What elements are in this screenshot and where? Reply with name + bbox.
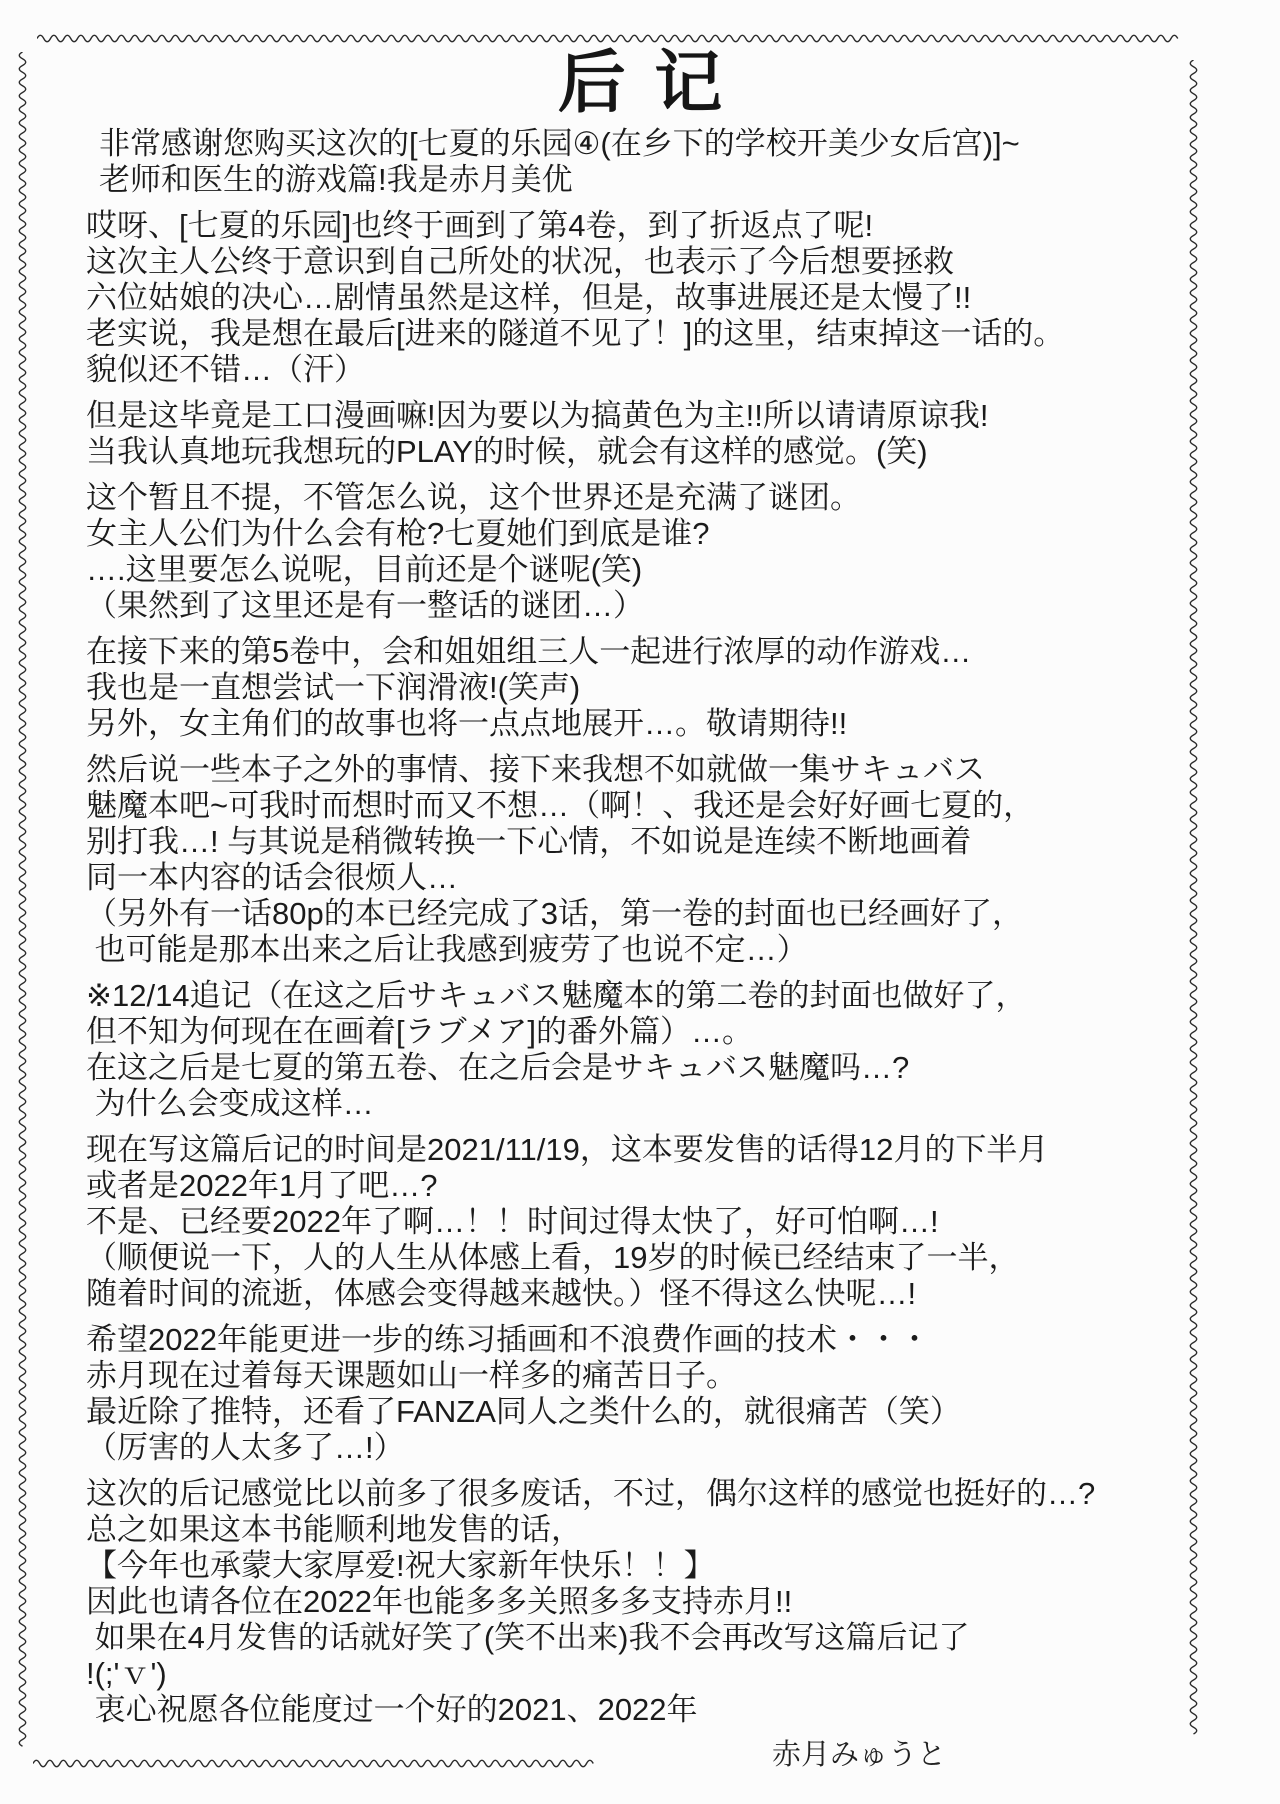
afterword-line: 衷心祝愿各位能度过一个好的2021、2022年 xyxy=(86,1692,1198,1728)
afterword-line: 六位姑娘的决心…剧情虽然是这样，但是，故事进展还是太慢了!! xyxy=(86,280,1198,316)
afterword-line: 如果在4月发售的话就好笑了(笑不出来)我不会再改写这篇后记了 xyxy=(86,1620,1198,1656)
afterword-line: 现在写这篇后记的时间是2021/11/19，这本要发售的话得12月的下半月 xyxy=(86,1132,1198,1168)
afterword-line: 老师和医生的游戏篇!我是赤月美优 xyxy=(99,162,1198,198)
afterword-line: 然后说一些本子之外的事情、接下来我想不如就做一集サキュバス xyxy=(86,752,1198,788)
bottom-wavy-border xyxy=(33,1759,598,1768)
afterword-line: 或者是2022年1月了吧…? xyxy=(86,1168,1198,1204)
paragraph: 非常感谢您购买这次的[七夏的乐园④(在乡下的学校开美少女后宫)]~老师和医生的游… xyxy=(99,126,1198,198)
afterword-line: 为什么会变成这样… xyxy=(86,1086,1198,1122)
paragraph: 但是这毕竟是工口漫画嘛!因为要以为搞黄色为主!!所以请请原谅我!当我认真地玩我想… xyxy=(86,398,1198,470)
afterword-line: ※12/14追记（在这之后サキュバス魅魔本的第二卷的封面也做好了， xyxy=(86,978,1198,1014)
afterword-line: 但不知为何现在在画着[ラブメア]的番外篇）…。 xyxy=(86,1014,1198,1050)
afterword-line: 最近除了推特，还看了FANZA同人之类什么的，就很痛苦（笑） xyxy=(86,1394,1198,1430)
top-wavy-border xyxy=(37,34,1179,43)
afterword-line: （厉害的人太多了…!） xyxy=(86,1430,1198,1466)
afterword-line: （顺便说一下，人的人生从体感上看，19岁的时候已经结束了一半， xyxy=(86,1240,1198,1276)
afterword-line: 当我认真地玩我想玩的PLAY的时候，就会有这样的感觉。(笑) xyxy=(86,434,1198,470)
afterword-line: 哎呀、[七夏的乐园]也终于画到了第4卷，到了折返点了呢! xyxy=(86,208,1198,244)
paragraph: ※12/14追记（在这之后サキュバス魅魔本的第二卷的封面也做好了，但不知为何现在… xyxy=(86,978,1198,1122)
paragraph: 现在写这篇后记的时间是2021/11/19，这本要发售的话得12月的下半月或者是… xyxy=(86,1132,1198,1312)
afterword-line: 在这之后是七夏的第五卷、在之后会是サキュバス魅魔吗…? xyxy=(86,1050,1198,1086)
afterword-line: （果然到了这里还是有一整话的谜团…） xyxy=(86,588,1198,624)
afterword-line: 老实说，我是想在最后[进来的隧道不见了！]的这里，结束掉这一话的。 xyxy=(86,316,1198,352)
afterword-line: 因此也请各位在2022年也能多多关照多多支持赤月!! xyxy=(86,1584,1198,1620)
afterword-line: 魅魔本吧~可我时而想时而又不想…（啊！、我还是会好好画七夏的， xyxy=(86,788,1198,824)
afterword-line: 总之如果这本书能顺利地发售的话， xyxy=(86,1512,1198,1548)
paragraph: 希望2022年能更进一步的练习插画和不浪费作画的技术・・・赤月现在过着每天课题如… xyxy=(86,1322,1198,1466)
afterword-line: 随着时间的流逝，体感会变得越来越快。）怪不得这么快呢…! xyxy=(86,1276,1198,1312)
afterword-line: 也可能是那本出来之后让我感到疲劳了也说不定…） xyxy=(86,932,1198,968)
paragraph: 哎呀、[七夏的乐园]也终于画到了第4卷，到了折返点了呢!这次主人公终于意识到自己… xyxy=(86,208,1198,388)
page-title: 后记 xyxy=(0,46,1280,121)
paragraph: 然后说一些本子之外的事情、接下来我想不如就做一集サキュバス魅魔本吧~可我时而想时… xyxy=(86,752,1198,968)
afterword-line: 我也是一直想尝试一下润滑液!(笑声) xyxy=(86,670,1198,706)
afterword-line: 貌似还不错…（汗） xyxy=(86,352,1198,388)
paragraph: 在接下来的第5卷中，会和姐姐组三人一起进行浓厚的动作游戏…我也是一直想尝试一下润… xyxy=(86,634,1198,742)
afterword-line: 不是、已经要2022年了啊…！！时间过得太快了，好可怕啊…! xyxy=(86,1204,1198,1240)
afterword-line: 同一本内容的话会很烦人… xyxy=(86,860,1198,896)
afterword-line: 赤月现在过着每天课题如山一样多的痛苦日子。 xyxy=(86,1358,1198,1394)
afterword-page: 后记 非常感谢您购买这次的[七夏的乐园④(在乡下的学校开美少女后宫)]~老师和医… xyxy=(0,0,1280,1804)
afterword-line: 非常感谢您购买这次的[七夏的乐园④(在乡下的学校开美少女后宫)]~ xyxy=(99,126,1198,162)
author-signature: 赤月みゅうと xyxy=(772,1740,946,1772)
afterword-line: 这个暂且不提，不管怎么说，这个世界还是充满了谜团。 xyxy=(86,480,1198,516)
afterword-line: 这次主人公终于意识到自己所处的状况，也表示了今后想要拯救 xyxy=(86,244,1198,280)
left-wavy-border xyxy=(18,52,27,1748)
afterword-line: 希望2022年能更进一步的练习插画和不浪费作画的技术・・・ xyxy=(86,1322,1198,1358)
afterword-line: !(;'ｖ') xyxy=(86,1656,1198,1692)
paragraph: 这个暂且不提，不管怎么说，这个世界还是充满了谜团。女主人公们为什么会有枪?七夏她… xyxy=(86,480,1198,624)
afterword-line: 在接下来的第5卷中，会和姐姐组三人一起进行浓厚的动作游戏… xyxy=(86,634,1198,670)
afterword-line: ….这里要怎么说呢，目前还是个谜呢(笑) xyxy=(86,552,1198,588)
afterword-line: （另外有一话80p的本已经完成了3话，第一卷的封面也已经画好了， xyxy=(86,896,1198,932)
afterword-line: 另外，女主角们的故事也将一点点地展开…。敬请期待!! xyxy=(86,706,1198,742)
afterword-line: 女主人公们为什么会有枪?七夏她们到底是谁? xyxy=(86,516,1198,552)
afterword-line: 但是这毕竟是工口漫画嘛!因为要以为搞黄色为主!!所以请请原谅我! xyxy=(86,398,1198,434)
paragraph: 这次的后记感觉比以前多了很多废话，不过，偶尔这样的感觉也挺好的…?总之如果这本书… xyxy=(86,1476,1198,1728)
afterword-line: 这次的后记感觉比以前多了很多废话，不过，偶尔这样的感觉也挺好的…? xyxy=(86,1476,1198,1512)
afterword-body: 非常感谢您购买这次的[七夏的乐园④(在乡下的学校开美少女后宫)]~老师和医生的游… xyxy=(86,126,1198,1738)
afterword-line: 【今年也承蒙大家厚爱!祝大家新年快乐！！】 xyxy=(86,1548,1198,1584)
afterword-line: 别打我…! 与其说是稍微转换一下心情，不如说是连续不断地画着 xyxy=(86,824,1198,860)
